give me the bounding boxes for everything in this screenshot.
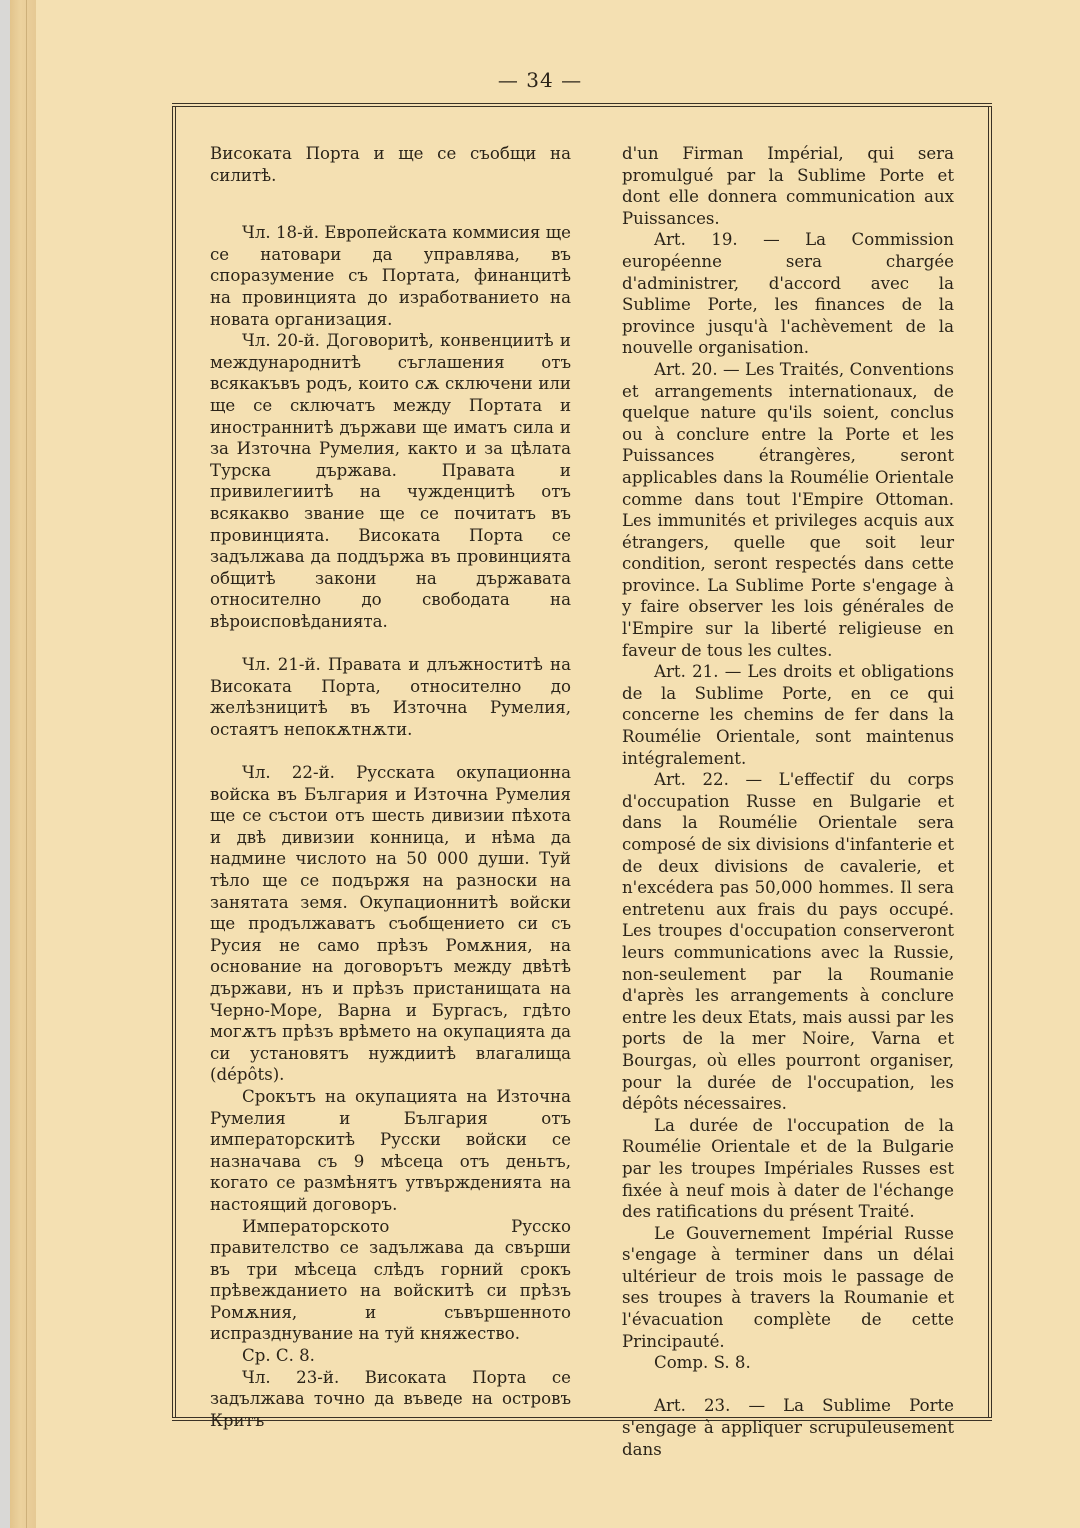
article-22-fr-evacuation: Le Gouvernement Impérial Russe s'engage … — [622, 1223, 954, 1353]
paragraph-continuation-fr: d'un Firman Impérial, qui sera promulgué… — [622, 143, 954, 229]
article-19-fr: Art. 19. — La Commission européenne sera… — [622, 229, 954, 359]
bulgarian-column: Високата Порта и ще се съобщи на силитѣ.… — [210, 143, 571, 1431]
scan-edge — [0, 0, 10, 1528]
article-21-fr: Art. 21. — Les droits et obligations de … — [622, 661, 954, 769]
cross-reference-fr: Comp. S. 8. — [622, 1352, 954, 1374]
article-22-fr: Art. 22. — L'effectif du corps d'occupat… — [622, 769, 954, 1115]
article-22-bg-evacuation: Императорското Русско правителство се за… — [210, 1216, 571, 1346]
article-20-bg: Чл. 20-й. Договоритѣ, конвенциитѣ и межд… — [210, 330, 571, 632]
article-20-fr: Art. 20. — Les Traités, Conventions et a… — [622, 359, 954, 661]
article-18-bg: Чл. 18-й. Европейската коммисия ще се на… — [210, 222, 571, 330]
article-22-bg-term: Срокътъ на окупацията на Източна Румелия… — [210, 1086, 571, 1216]
article-22-bg: Чл. 22-й. Русската окупационна войска въ… — [210, 762, 571, 1086]
page-binding — [10, 0, 36, 1528]
article-23-bg: Чл. 23-й. Високата Порта се задължава то… — [210, 1367, 571, 1432]
article-22-fr-term: La durée de l'occupation de la Roumélie … — [622, 1115, 954, 1223]
cross-reference-bg: Ср. С. 8. — [210, 1345, 571, 1367]
page-number: — 34 — — [0, 68, 1080, 92]
paragraph-continuation: Високата Порта и ще се съобщи на силитѣ. — [210, 143, 571, 186]
french-column: d'un Firman Impérial, qui sera promulgué… — [622, 143, 954, 1460]
frame-top-rule — [172, 103, 992, 107]
frame-left-rule — [172, 107, 176, 1417]
frame-right-rule — [988, 107, 992, 1417]
article-21-bg: Чл. 21-й. Правата и длъжноститѣ на Висок… — [210, 654, 571, 740]
article-23-fr: Art. 23. — La Sublime Porte s'engage à a… — [622, 1395, 954, 1460]
